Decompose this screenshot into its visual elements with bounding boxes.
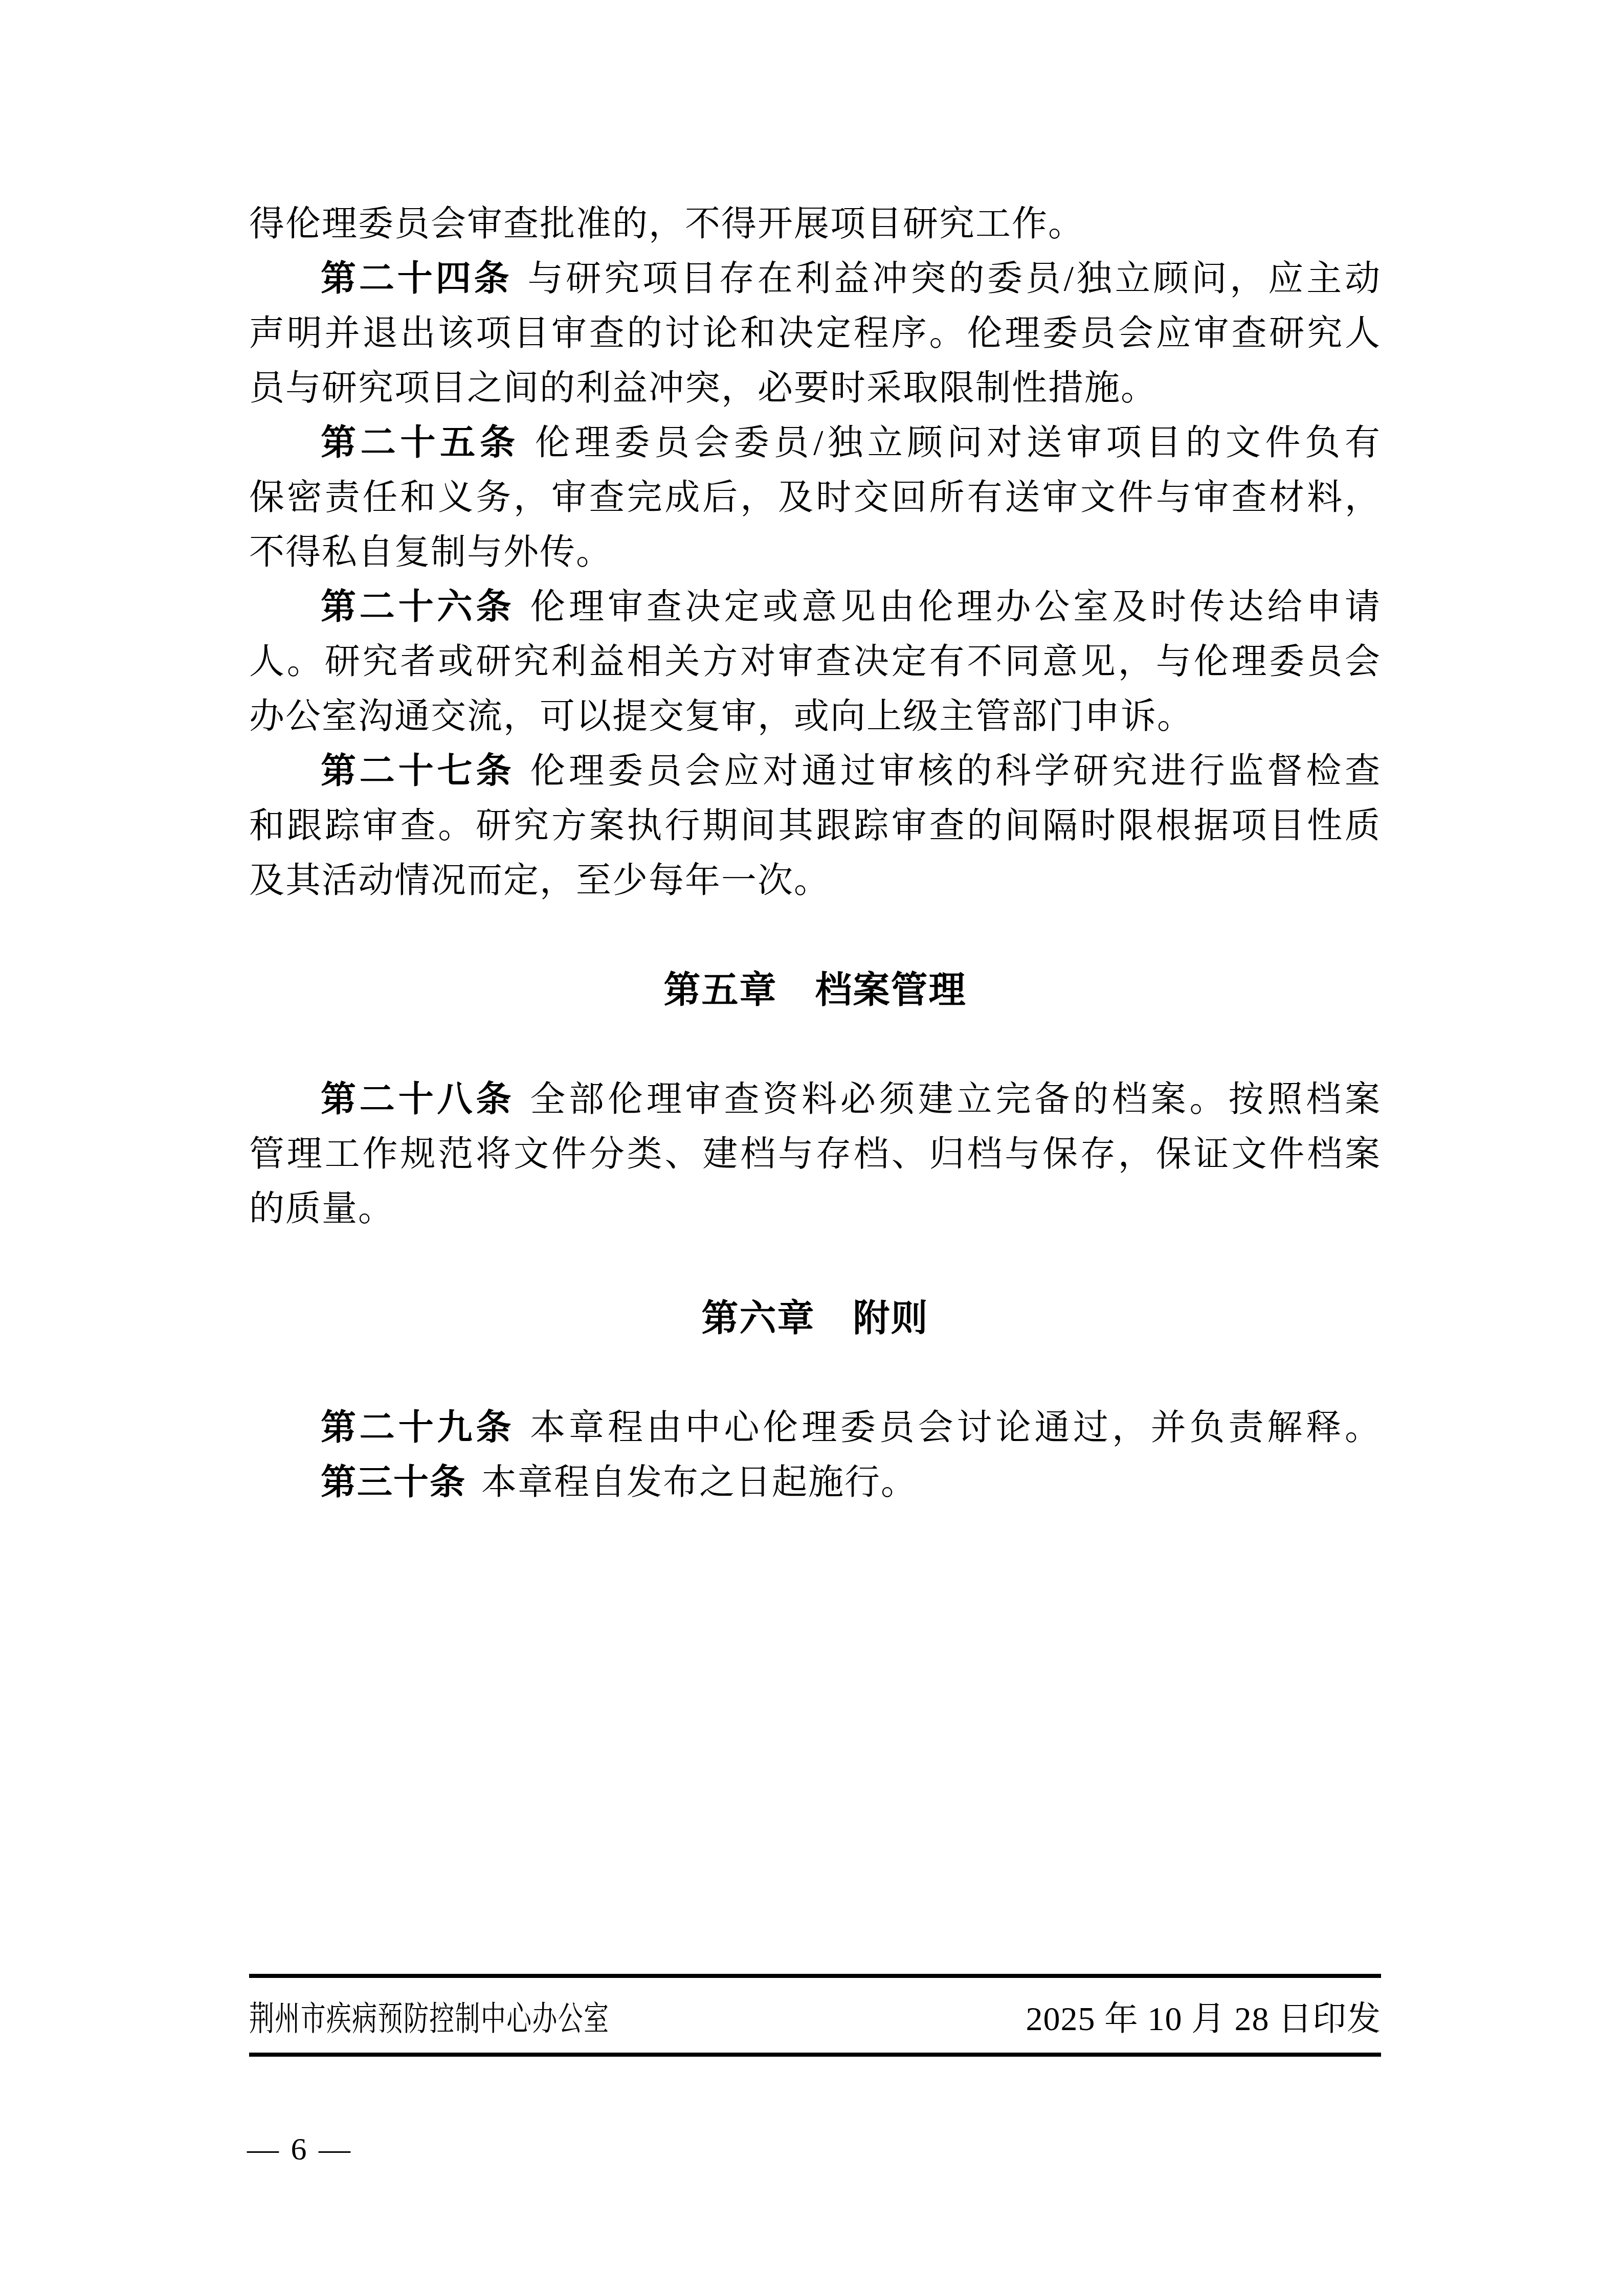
body-line: 人。研究者或研究利益相关方对审查决定有不同意见，与伦理委员会: [249, 635, 1381, 689]
body-line: 保密责任和义务，审查完成后，及时交回所有送审文件与审查材料，: [249, 470, 1381, 525]
body-line: 及其活动情况而定，至少每年一次。: [249, 853, 1381, 908]
body-line: 第二十四条与研究项目存在利益冲突的委员/独立顾问，应主动: [249, 252, 1381, 306]
article-number: 第二十五条: [321, 423, 520, 462]
body-line: 得伦理委员会审查批准的，不得开展项目研究工作。: [249, 197, 1381, 252]
body-line: 第二十八条全部伦理审查资料必须建立完备的档案。按照档案: [249, 1072, 1381, 1127]
article-number: 第二十七条: [321, 752, 515, 791]
body-line: 第二十六条伦理审查决定或意见由伦理办公室及时传达给申请: [249, 580, 1381, 635]
body-line: 管理工作规范将文件分类、建档与存档、归档与保存，保证文件档案: [249, 1127, 1381, 1182]
article-number: 第二十八条: [321, 1080, 515, 1119]
body-line: 和跟踪审查。研究方案执行期间其跟踪审查的间隔时限根据项目性质: [249, 799, 1381, 853]
article-number: 第三十条: [321, 1463, 466, 1502]
body-line: 第二十七条伦理委员会应对通过审核的科学研究进行监督检查: [249, 744, 1381, 799]
footer: 荆州市疾病预防控制中心办公室 2025 年 10 月 28 日印发: [249, 1974, 1381, 2057]
article-number: 第二十六条: [321, 588, 515, 626]
document-page: 得伦理委员会审查批准的，不得开展项目研究工作。第二十四条与研究项目存在利益冲突的…: [0, 0, 1624, 2296]
chapter-heading: 第五章 档案管理: [249, 963, 1381, 1018]
footer-print-date: 2025 年 10 月 28 日印发: [1026, 1991, 1382, 2040]
body-line: 不得私自复制与外传。: [249, 525, 1381, 580]
body-line: 员与研究项目之间的利益冲突，必要时采取限制性措施。: [249, 361, 1381, 416]
body-line: 办公室沟通交流，可以提交复审，或向上级主管部门申诉。: [249, 689, 1381, 744]
article-number: 第二十九条: [321, 1408, 515, 1447]
article-number: 第二十四条: [321, 259, 512, 298]
footer-issuing-office: 荆州市疾病预防控制中心办公室: [249, 1991, 609, 2040]
chapter-heading: 第六章 附则: [249, 1291, 1381, 1346]
body-line: 第二十九条本章程由中心伦理委员会讨论通过，并负责解释。: [249, 1401, 1381, 1455]
body-line: 声明并退出该项目审查的讨论和决定程序。伦理委员会应审查研究人: [249, 306, 1381, 361]
body-line: 的质量。: [249, 1182, 1381, 1236]
body-text: 得伦理委员会审查批准的，不得开展项目研究工作。第二十四条与研究项目存在利益冲突的…: [249, 197, 1381, 1510]
page-number: — 6 —: [247, 2126, 352, 2172]
body-line: 第二十五条伦理委员会委员/独立顾问对送审项目的文件负有: [249, 416, 1381, 470]
body-line: 第三十条本章程自发布之日起施行。: [249, 1455, 1381, 1510]
